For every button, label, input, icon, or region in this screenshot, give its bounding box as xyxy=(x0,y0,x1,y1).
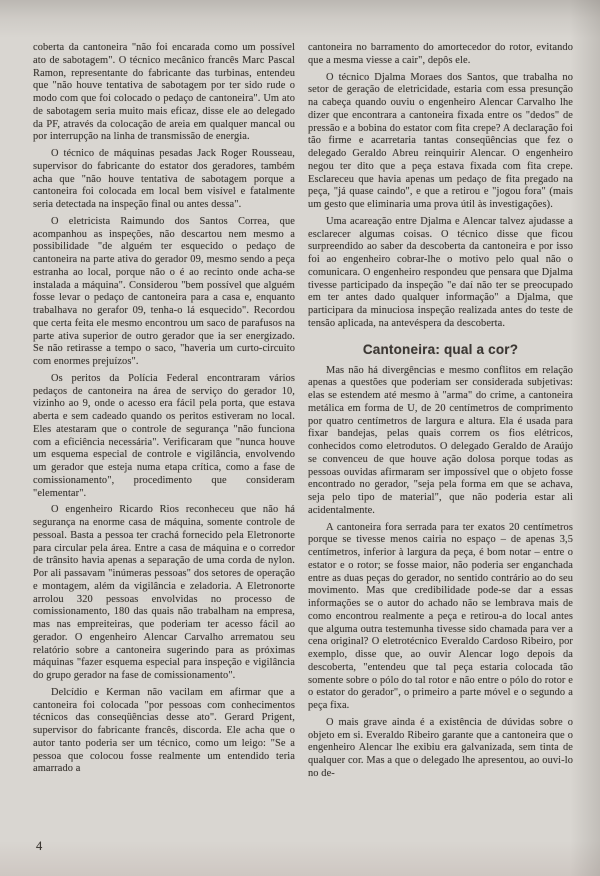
paragraph: Delcídio e Kerman não vacilam em afirmar… xyxy=(33,687,295,776)
paragraph: O técnico de máquinas pesadas Jack Roger… xyxy=(33,148,295,212)
paragraph: cantoneira no barramento do amortecedor … xyxy=(308,42,573,68)
paragraph: O eletricista Raimundo dos Santos Correa… xyxy=(33,216,295,369)
page-number: 4 xyxy=(36,839,42,854)
paragraph: Os peritos da Polícia Federal encontrara… xyxy=(33,373,295,501)
paragraph: Mas não há divergências e mesmo conflito… xyxy=(308,365,573,518)
left-column: coberta da cantoneira "não foi encarada … xyxy=(33,42,295,776)
right-column: cantoneira no barramento do amortecedor … xyxy=(308,42,573,781)
paragraph: O mais grave ainda é a existência de dúv… xyxy=(308,717,573,781)
scanned-page: coberta da cantoneira "não foi encarada … xyxy=(0,0,600,876)
paragraph: O engenheiro Ricardo Rios reconheceu que… xyxy=(33,504,295,683)
section-heading: Cantoneira: qual a cor? xyxy=(308,342,573,357)
paragraph: Uma acareação entre Djalma e Alencar tal… xyxy=(308,216,573,331)
paragraph: O técnico Djalma Moraes dos Santos, que … xyxy=(308,72,573,212)
paragraph: coberta da cantoneira "não foi encarada … xyxy=(33,42,295,144)
paragraph: A cantoneira fora serrada para ter exato… xyxy=(308,522,573,713)
